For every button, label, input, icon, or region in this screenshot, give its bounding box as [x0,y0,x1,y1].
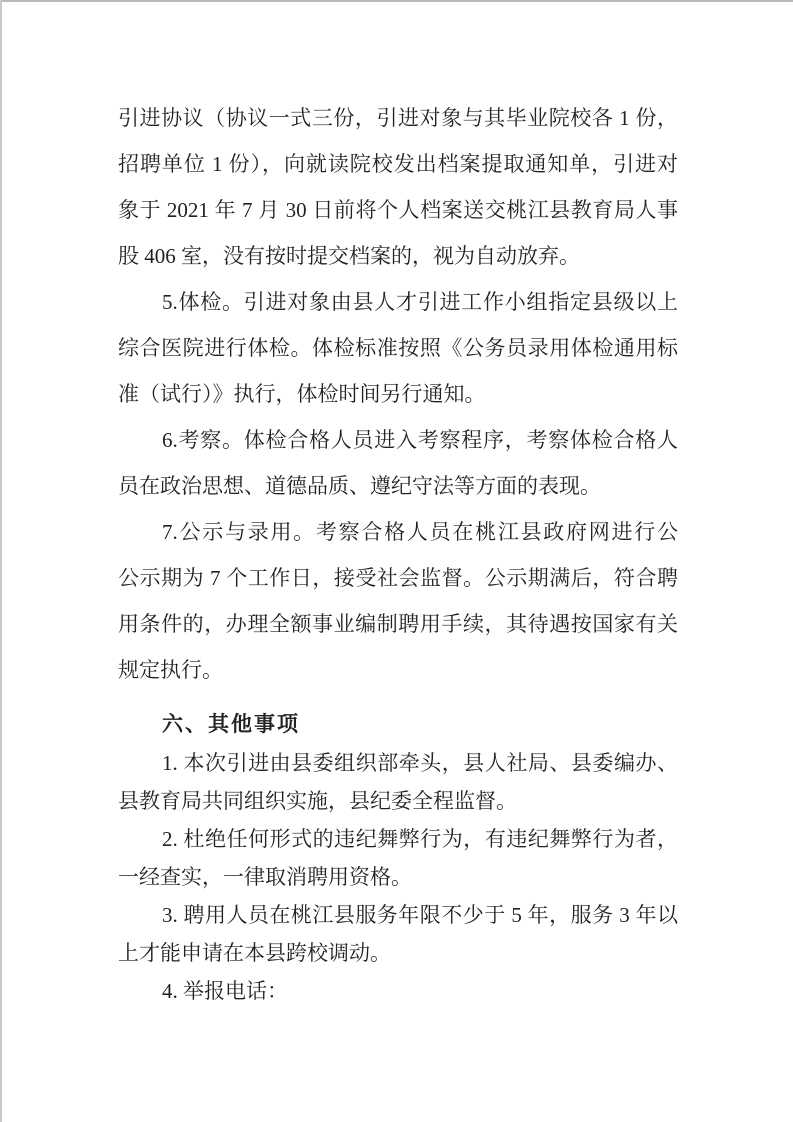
section-other-lines: 1. 本次引进由县委组织部牵头，县人社局、县委编办、县教育局共同组织实施，县纪委… [118,744,678,1010]
scan-edge-top [0,0,793,2]
text-line: 员在政治思想、道德品质、遵纪守法等方面的表现。 [118,463,678,509]
section-procedures: 引进协议（协议一式三份，引进对象与其毕业院校各 1 份，招聘单位 1 份），向就… [118,95,678,693]
text-line: 准（试行）》执行，体检时间另行通知。 [118,371,678,417]
text-line: 一经查实，一律取消聘用资格。 [118,858,678,896]
text-line: 公示期为 7 个工作日，接受社会监督。公示期满后，符合聘 [118,555,678,601]
text-line: 规定执行。 [118,647,678,693]
text-line: 招聘单位 1 份），向就读院校发出档案提取通知单，引进对 [118,141,678,187]
text-line: 引进协议（协议一式三份，引进对象与其毕业院校各 1 份， [118,95,678,141]
text-line: 6.考察。体检合格人员进入考察程序，考察体检合格人 [118,417,678,463]
text-line: 3. 聘用人员在桃江县服务年限不少于 5 年，服务 3 年以 [118,896,678,934]
text-line: 7.公示与录用。考察合格人员在桃江县政府网进行公示， [118,509,678,555]
document-page: 引进协议（协议一式三份，引进对象与其毕业院校各 1 份，招聘单位 1 份），向就… [0,0,793,1122]
text-line: 5.体检。引进对象由县人才引进工作小组指定县级以上 [118,279,678,325]
text-line: 用条件的，办理全额事业编制聘用手续，其待遇按国家有关 [118,601,678,647]
section-other-matters: 六、其他事项 1. 本次引进由县委组织部牵头，县人社局、县委编办、县教育局共同组… [118,706,678,1010]
section-heading: 六、其他事项 [118,706,678,744]
text-line: 2. 杜绝任何形式的违纪舞弊行为，有违纪舞弊行为者， [118,820,678,858]
text-line: 县教育局共同组织实施，县纪委全程监督。 [118,782,678,820]
text-line: 4. 举报电话： [118,972,678,1010]
text-line: 1. 本次引进由县委组织部牵头，县人社局、县委编办、 [118,744,678,782]
text-line: 象于 2021 年 7 月 30 日前将个人档案送交桃江县教育局人事 [118,187,678,233]
document-text: 引进协议（协议一式三份，引进对象与其毕业院校各 1 份，招聘单位 1 份），向就… [118,95,678,1010]
text-line: 上才能申请在本县跨校调动。 [118,934,678,972]
text-line: 股 406 室，没有按时提交档案的，视为自动放弃。 [118,233,678,279]
text-line: 综合医院进行体检。体检标准按照《公务员录用体检通用标 [118,325,678,371]
scan-edge-left [0,0,2,1122]
